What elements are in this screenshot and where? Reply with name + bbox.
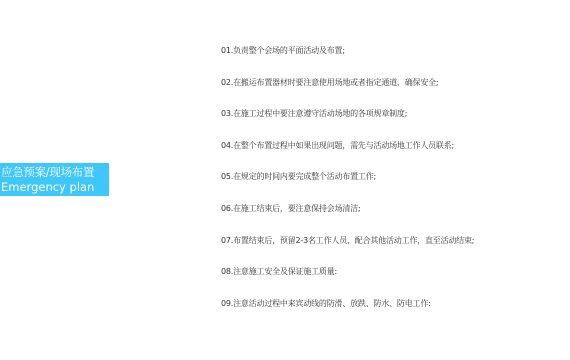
list-item: 08.注意施工安全及保证施工质量: <box>221 265 474 297</box>
emergency-plan-list: 01.负责整个会场的平面活动及布置; 02.在搬运布置器材时要注意使用场地或者指… <box>221 44 474 328</box>
list-item: 01.负责整个会场的平面活动及布置; <box>221 44 474 76</box>
list-item: 03.在施工过程中要注意遵守活动场地的各项规章制度; <box>221 107 474 139</box>
list-item: 02.在搬运布置器材时要注意使用场地或者指定通道，确保安全; <box>221 76 474 108</box>
list-item: 09.注意活动过程中来宾动线的防滑、放跌、防水、防电工作: <box>221 297 474 329</box>
list-item: 05.在规定的时间内要完成整个活动布置工作; <box>221 170 474 202</box>
section-title-cn: 应急预案/现场布置 <box>1 165 109 180</box>
section-title-box: 应急预案/现场布置 Emergency plan <box>0 163 109 196</box>
section-title-en: Emergency plan <box>1 180 109 195</box>
list-item: 06.在施工结束后，要注意保持会场清洁; <box>221 202 474 234</box>
list-item: 04.在整个布置过程中如果出现问题，需先与活动场地工作人员联系; <box>221 139 474 171</box>
list-item: 07.布置结束后，预留2-3名工作人员，配合其他活动工作，直至活动结束; <box>221 234 474 266</box>
